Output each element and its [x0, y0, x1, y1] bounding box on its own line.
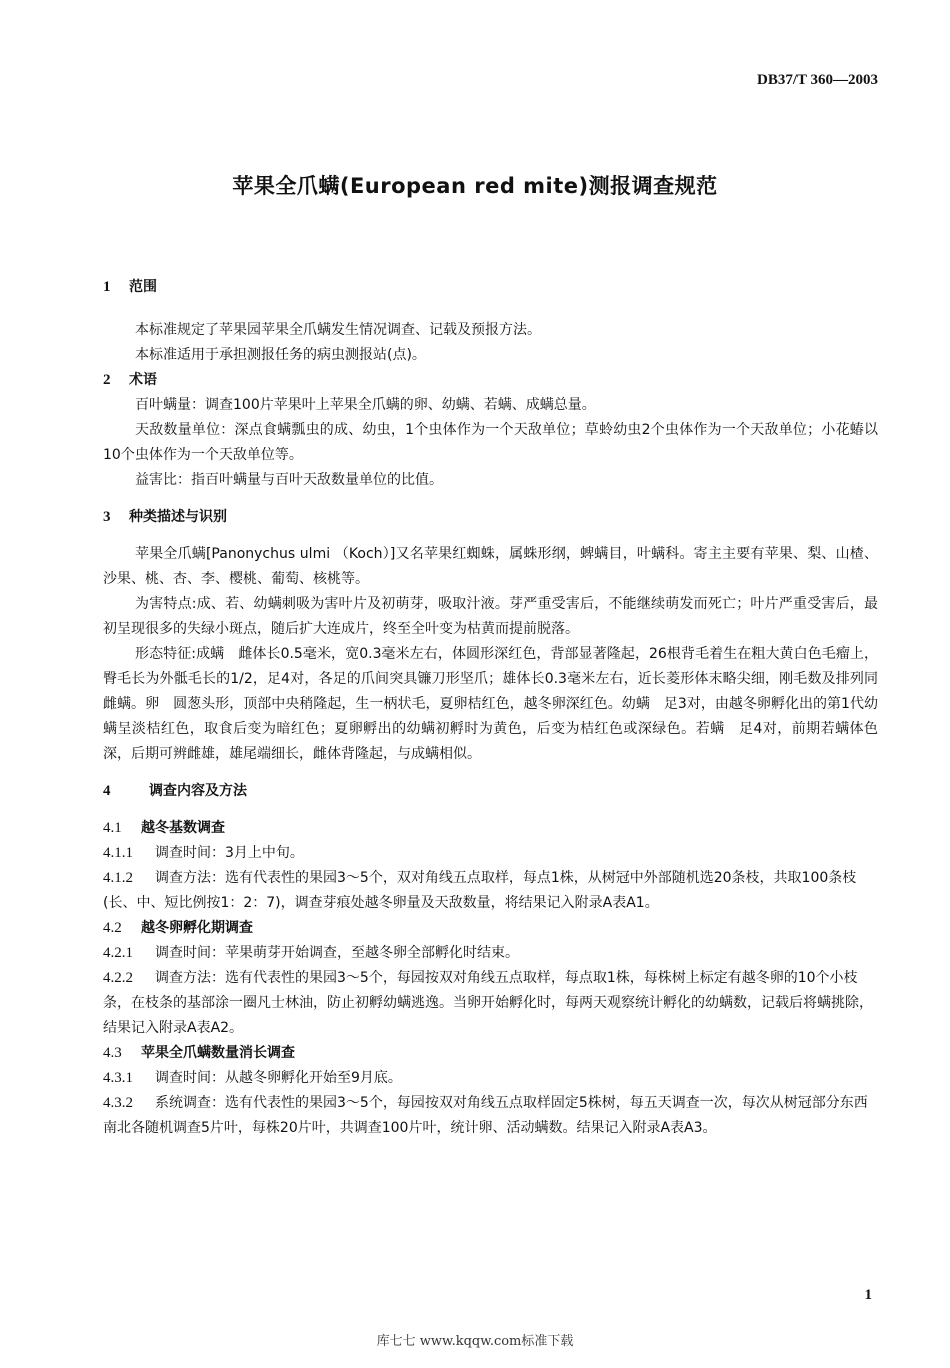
paragraph: 形态特征:成螨 雌体长0.5毫米，宽0.3毫米左右，体圆形深红色，背部显著隆起，… — [103, 642, 878, 767]
section-title: 种类描述与识别 — [129, 509, 227, 525]
subsection-title: 越冬基数调查 — [141, 820, 225, 836]
subsection-4-2-heading: 4.2越冬卵孵化期调查 — [103, 916, 878, 941]
clause-number: 4.2.1 — [103, 941, 155, 966]
clause-text: 调查时间：苹果萌芽开始调查，至越冬卵全部孵化时结束。 — [155, 945, 519, 961]
section-1-heading: 1范围 — [103, 275, 878, 300]
subsection-title: 越冬卵孵化期调查 — [141, 920, 253, 936]
paragraph: 苹果全爪螨[Panonychus ulmi （Koch）]又名苹果红蜘蛛，属蛛形… — [103, 542, 878, 592]
clause-number: 4.2.2 — [103, 966, 155, 991]
subsection-number: 4.2 — [103, 916, 141, 941]
paragraph: 为害特点:成、若、幼螨刺吸为害叶片及初萌芽，吸取汁液。芽严重受害后，不能继续萌发… — [103, 592, 878, 642]
section-4-heading: 4调查内容及方法 — [103, 779, 878, 804]
section-number: 1 — [103, 275, 129, 300]
clause-text: 调查时间：从越冬卵孵化开始至9月底。 — [155, 1070, 402, 1086]
paragraph: 益害比：指百叶螨量与百叶天敌数量单位的比值。 — [103, 468, 878, 493]
clause-number: 4.3.2 — [103, 1091, 155, 1116]
document-body: 1范围 本标准规定了苹果园苹果全爪螨发生情况调查、记载及预报方法。 本标准适用于… — [103, 275, 878, 1141]
subsection-4-1-heading: 4.1越冬基数调查 — [103, 816, 878, 841]
subsection-title: 苹果全爪螨数量消长调查 — [141, 1045, 295, 1061]
clause-text: 系统调查：选有代表性的果园3～5个，每园按双对角线五点取样固定5株树，每五天调查… — [103, 1095, 868, 1136]
section-title: 调查内容及方法 — [149, 783, 247, 799]
standard-code: DB37/T 360—2003 — [757, 72, 878, 89]
clause-number: 4.1.2 — [103, 866, 155, 891]
section-title: 范围 — [129, 279, 157, 295]
clause-4-1-1: 4.1.1调查时间：3月上中旬。 — [103, 841, 878, 866]
section-2-heading: 2术语 — [103, 368, 878, 393]
clause-text: 调查方法：选有代表性的果园3～5个，每园按双对角线五点取样，每点取1株，每株树上… — [103, 970, 873, 1036]
section-number: 2 — [103, 368, 129, 393]
clause-text: 调查方法：选有代表性的果园3～5个，双对角线五点取样，每点1株，从树冠中外部随机… — [103, 870, 856, 911]
document-title: 苹果全爪螨(European red mite)测报调查规范 — [0, 170, 950, 200]
paragraph: 天敌数量单位：深点食螨瓢虫的成、幼虫，1个虫体作为一个天敌单位；草蛉幼虫2个虫体… — [103, 418, 878, 468]
clause-number: 4.3.1 — [103, 1066, 155, 1091]
clause-4-1-2: 4.1.2调查方法：选有代表性的果园3～5个，双对角线五点取样，每点1株，从树冠… — [103, 866, 878, 916]
clause-4-2-1: 4.2.1调查时间：苹果萌芽开始调查，至越冬卵全部孵化时结束。 — [103, 941, 878, 966]
clause-number: 4.1.1 — [103, 841, 155, 866]
section-number: 4 — [103, 779, 149, 804]
subsection-4-3-heading: 4.3苹果全爪螨数量消长调查 — [103, 1041, 878, 1066]
paragraph: 本标准规定了苹果园苹果全爪螨发生情况调查、记载及预报方法。 — [103, 318, 878, 343]
clause-4-2-2: 4.2.2调查方法：选有代表性的果园3～5个，每园按双对角线五点取样，每点取1株… — [103, 966, 878, 1041]
subsection-number: 4.3 — [103, 1041, 141, 1066]
paragraph: 百叶螨量：调查100片苹果叶上苹果全爪螨的卵、幼螨、若螨、成螨总量。 — [103, 393, 878, 418]
section-number: 3 — [103, 505, 129, 530]
paragraph: 本标准适用于承担测报任务的病虫测报站(点)。 — [103, 343, 878, 368]
page-number: 1 — [865, 1287, 873, 1304]
clause-4-3-1: 4.3.1调查时间：从越冬卵孵化开始至9月底。 — [103, 1066, 878, 1091]
section-3-heading: 3种类描述与识别 — [103, 505, 878, 530]
clause-4-3-2: 4.3.2系统调查：选有代表性的果园3～5个，每园按双对角线五点取样固定5株树，… — [103, 1091, 878, 1141]
clause-text: 调查时间：3月上中旬。 — [155, 845, 304, 861]
subsection-number: 4.1 — [103, 816, 141, 841]
section-title: 术语 — [129, 372, 157, 388]
footer-watermark: 库七七 www.kqqw.com标准下载 — [0, 1330, 950, 1349]
